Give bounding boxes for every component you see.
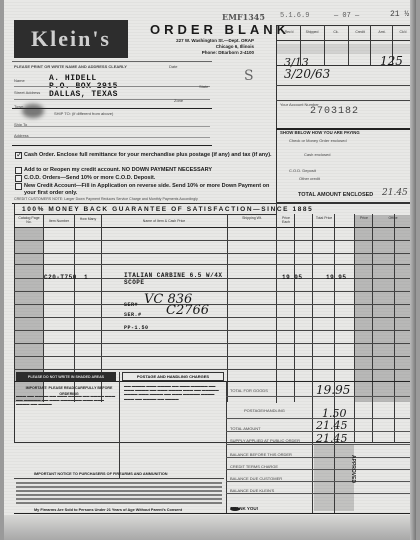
stamp-number: EMF1345 (222, 12, 265, 22)
postage-title: POSTAGE AND HANDLING CHARGES (122, 372, 224, 381)
option-cash-order: Cash Order. Enclose full remittance for … (24, 152, 274, 159)
option-new-credit: New Credit Account—Fill in Application o… (24, 183, 274, 197)
company-logo: Klein's (14, 20, 128, 58)
account-number: 2703182 (310, 106, 359, 117)
credit-note: CREDIT CUSTOMERS NOTE: Larger Down Payme… (14, 197, 198, 202)
company-address: 227 W. Washington St.—Dept. ORAP Chicago… (154, 38, 254, 56)
total-enclosed-value: 21.45 (382, 188, 408, 198)
serial-value-2: C2766 (166, 303, 209, 318)
form-title: ORDER BLANK (150, 22, 290, 37)
stamp-code-2: — 07 — (334, 12, 359, 20)
customer-address-2: DALLAS, TEXAS (49, 90, 118, 99)
handwritten-amount: 125 (380, 54, 403, 68)
item-number: C20-T750 (44, 273, 77, 282)
item-total: 19.95 (326, 273, 347, 282)
thank-you: THANK YOU! (230, 506, 258, 512)
postage-text: ▬▬ ▬▬▬▬ ▬▬▬ ▬▬▬▬ ▬▬ ▬▬▬ ▬▬▬▬▬ ▬▬ ▬▬▬ ▬▬▬… (124, 384, 224, 444)
handwritten-date-2: 3/20/63 (284, 67, 330, 81)
checkbox-cash-order[interactable]: ✓ (15, 152, 22, 159)
option-credit-account: Add to or Reopen my credit account. NO D… (24, 167, 212, 174)
order-form-page: Klein's ORDER BLANK 227 W. Washington St… (4, 0, 416, 540)
total-goods-value: 19.95 (316, 383, 350, 397)
item-qty: 1 (84, 273, 88, 282)
print-instruction: PLEASE PRINT OR WRITE NAME AND ADDRESS C… (14, 64, 127, 69)
total-enclosed-label: TOTAL AMOUNT ENCLOSED (298, 192, 373, 198)
ship-to-note: SHIP TO: (if different from above) (54, 111, 113, 116)
approved-stamp: APPROVED (350, 455, 356, 483)
stamp-code-1: 5.1.6.9 (280, 12, 309, 20)
postage-note: PP-1.50 (124, 324, 149, 333)
checkbox-new-credit[interactable] (15, 183, 22, 190)
checkbox-cod[interactable] (15, 175, 22, 182)
important-notice-text: ▬▬▬ ▬▬ ▬▬▬▬ ▬▬ ▬▬▬ ▬▬▬▬ ▬▬ ▬▬▬▬ ▬▬▬ ▬▬ ▬… (16, 394, 116, 446)
ink-smudge (22, 104, 44, 118)
firearms-notice-text (16, 480, 222, 504)
stamp-code-3: 21 ½ (390, 10, 409, 19)
enclosed-header: SHOW BELOW HOW YOU ARE PAYING (280, 130, 360, 136)
serial-label-1: SER# (124, 301, 138, 310)
checkbox-credit-account[interactable] (15, 167, 22, 174)
shaded-areas-notice: PLEASE DO NOT WRITE IN SHADED AREAS (16, 372, 116, 381)
firearms-notice-title: IMPORTANT NOTICE TO PURCHASERS OF FIREAR… (34, 471, 168, 477)
item-description: ITALIAN CARBINE 6.5 W/4X SCOPE (124, 272, 224, 286)
option-cod: C.O.D. Orders—Send 10% or more C.O.D. De… (24, 175, 155, 182)
item-price-each: 19.95 (282, 273, 303, 282)
serial-label-2: SER.# (124, 311, 142, 320)
